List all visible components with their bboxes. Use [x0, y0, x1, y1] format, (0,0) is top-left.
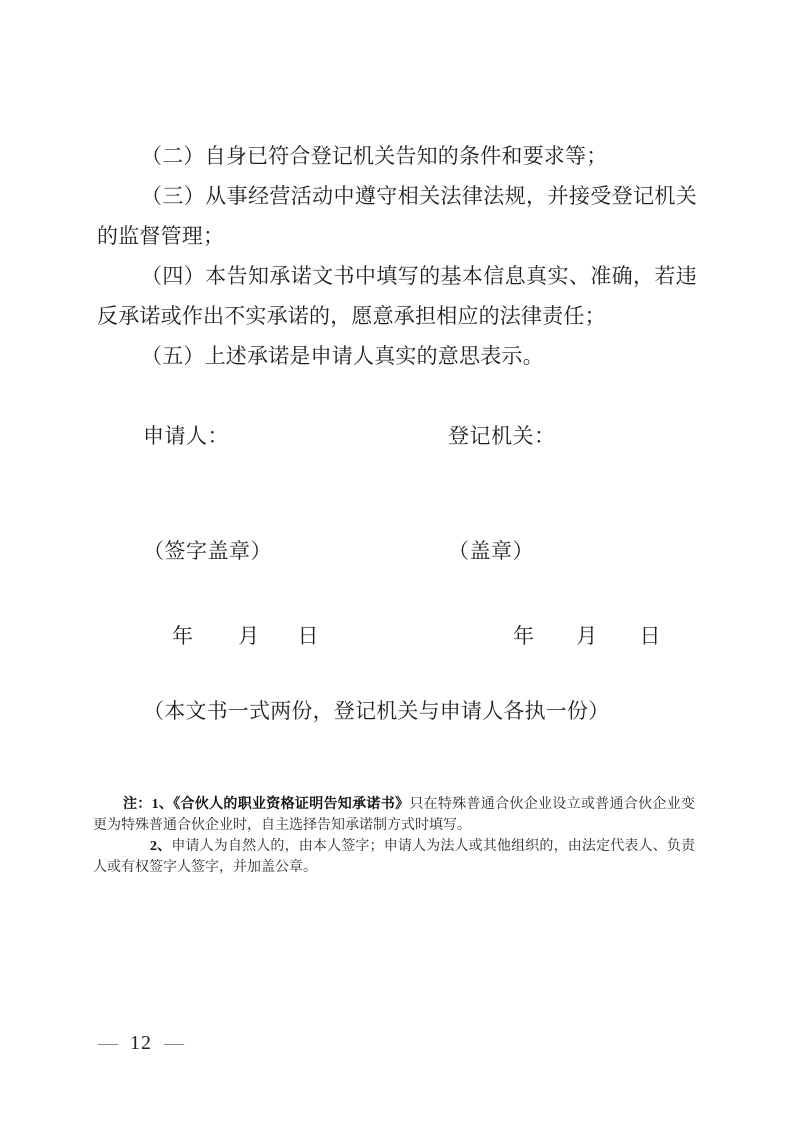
year-label: 年 — [172, 624, 194, 648]
copies-distribution-note: （本文书一式两份，登记机关与申请人各执一份） — [143, 691, 609, 731]
applicant-date-line: 年 月 日 — [172, 616, 319, 656]
page-number: — 12 — — [98, 1030, 184, 1056]
clause-item-4: （四）本告知承诺文书中填写的基本信息真实、准确，若违反承诺或作出不实承诺的，愿意… — [97, 256, 697, 336]
clause-item-3: （三）从事经营活动中遵守相关法律法规，并接受登记机关的监督管理； — [97, 176, 697, 256]
page-number-right-dash: — — [164, 1032, 184, 1054]
footnote-2-number: 2、 — [150, 839, 171, 854]
authority-seal-hint: （盖章） — [448, 531, 534, 571]
day-label: 日 — [640, 624, 662, 648]
applicant-label: 申请人： — [143, 416, 229, 456]
page-number-left-dash: — — [98, 1032, 118, 1054]
commitment-clauses: （二）自身已符合登记机关告知的条件和要求等； （三）从事经营活动中遵守相关法律法… — [97, 136, 697, 376]
document-page: （二）自身已符合登记机关告知的条件和要求等； （三）从事经营活动中遵守相关法律法… — [0, 0, 793, 1122]
year-label: 年 — [513, 624, 535, 648]
footnote-1: 注：1、《合伙人的职业资格证明告知承诺书》只在特殊普通合伙企业设立或普通合伙企业… — [93, 794, 695, 836]
footnote-2: 2、申请人为自然人的，由本人签字；申请人为法人或其他组织的，由法定代表人、负责人… — [93, 836, 695, 878]
applicant-seal-hint: （签字盖章） — [143, 531, 272, 571]
footnote-2-text: 申请人为自然人的，由本人签字；申请人为法人或其他组织的，由法定代表人、负责人或有… — [93, 839, 695, 875]
registration-authority-label: 登记机关： — [448, 416, 556, 456]
footnotes-section: 注：1、《合伙人的职业资格证明告知承诺书》只在特殊普通合伙企业设立或普通合伙企业… — [93, 794, 695, 878]
page-number-value: 12 — [130, 1032, 152, 1054]
day-label: 日 — [298, 624, 320, 648]
month-label: 月 — [576, 624, 598, 648]
authority-date-line: 年 月 日 — [513, 616, 661, 656]
clause-item-2: （二）自身已符合登记机关告知的条件和要求等； — [97, 136, 697, 176]
month-label: 月 — [238, 624, 260, 648]
footnote-1-bold-title: 注：1、《合伙人的职业资格证明告知承诺书》 — [123, 797, 409, 812]
clause-item-5: （五）上述承诺是申请人真实的意思表示。 — [97, 336, 697, 376]
